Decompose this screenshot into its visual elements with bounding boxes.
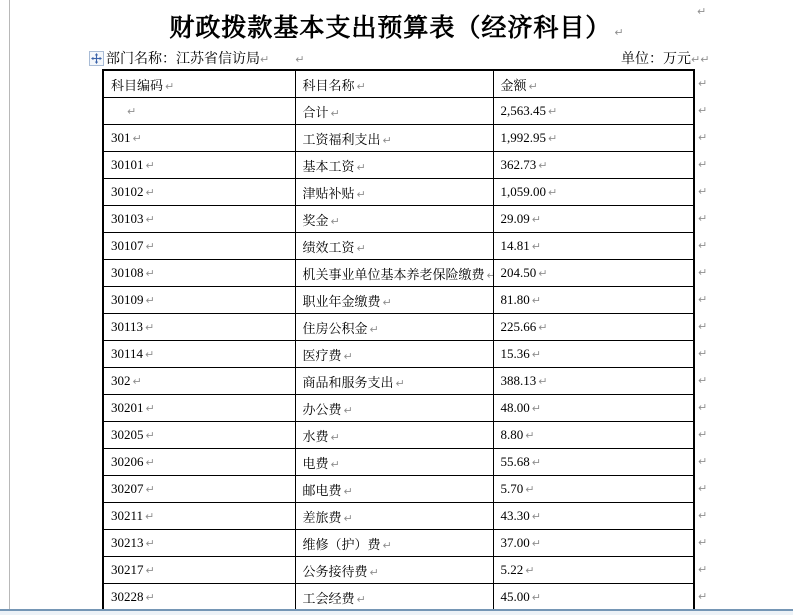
cell-name[interactable]: 住房公积金↵ (295, 314, 493, 341)
cell-name[interactable]: 办公费↵ (295, 395, 493, 422)
department-name-text: 部门名称：江苏省信访局 (106, 52, 260, 67)
table-row: 30102↵津贴补贴↵1,059.00↵ (103, 179, 694, 206)
cell-code[interactable]: 30228↵ (103, 584, 295, 612)
header-label: 金额 (501, 78, 527, 93)
cell-code[interactable]: 30205↵ (103, 422, 295, 449)
move-arrows-icon (91, 53, 102, 64)
paragraph-mark-icon: ↵ (165, 80, 174, 93)
paragraph-mark-icon: ↵ (357, 593, 366, 606)
cell-text: 30205 (111, 427, 144, 442)
cell-text: 1,992.95 (501, 130, 547, 145)
row-mark: ↵ (698, 421, 707, 448)
cell-text: 工会经费 (303, 591, 355, 606)
paragraph-mark-icon: ↵ (396, 377, 405, 390)
paragraph-mark-icon: ↵ (532, 294, 541, 307)
row-mark: ↵ (698, 394, 707, 421)
cell-text: 工资福利支出 (303, 132, 381, 147)
cell-text: 电费 (303, 456, 329, 471)
paragraph-mark-icon: ↵ (697, 5, 706, 18)
table-row: 30101↵基本工资↵362.73↵ (103, 152, 694, 179)
paragraph-mark-icon: ↵ (344, 512, 353, 525)
paragraph-mark-icon: ↵ (146, 591, 155, 604)
department-name-line: 部门名称：江苏省信访局↵↵ (106, 48, 304, 68)
paragraph-mark-icon: ↵ (698, 212, 707, 225)
row-mark: ↵ (698, 151, 707, 178)
header-cell-subject-name[interactable]: 科目名称↵ (295, 70, 493, 98)
paragraph-mark-icon: ↵ (698, 320, 707, 333)
paragraph-mark-icon: ↵ (370, 566, 379, 579)
paragraph-mark-icon: ↵ (538, 159, 547, 172)
paragraph-mark-icon: ↵ (698, 401, 707, 414)
cell-text: 住房公积金 (303, 321, 368, 336)
paragraph-mark-icon: ↵ (146, 402, 155, 415)
cell-text: 301 (111, 130, 131, 145)
paragraph-mark-icon: ↵ (698, 293, 707, 306)
cell-code[interactable]: 30101↵ (103, 152, 295, 179)
paragraph-mark-icon: ↵ (698, 131, 707, 144)
header-cell-subject-code[interactable]: 科目编码↵ (103, 70, 295, 98)
document-page: 财政拨款基本支出预算表（经济科目）↵ ↵ 部门名称：江苏省信访局↵↵ 单位：万元… (0, 0, 793, 615)
paragraph-mark-icon: ↵ (691, 53, 700, 66)
header-label: 科目编码 (111, 78, 163, 93)
paragraph-mark-icon: ↵ (146, 159, 155, 172)
row-mark: ↵ (698, 286, 707, 313)
row-mark: ↵ (698, 178, 707, 205)
paragraph-mark-icon: ↵ (260, 53, 269, 66)
paragraph-mark-icon: ↵ (344, 485, 353, 498)
paragraph-mark-icon: ↵ (698, 455, 707, 468)
table-row: 30201↵办公费↵48.00↵ (103, 395, 694, 422)
paragraph-mark-icon: ↵ (538, 321, 547, 334)
cell-text: 30207 (111, 481, 144, 496)
cell-text: 30113 (111, 319, 143, 334)
cell-code[interactable]: 30108↵ (103, 260, 295, 287)
cell-text: 30114 (111, 346, 143, 361)
paragraph-mark-icon: ↵ (698, 563, 707, 576)
cell-code[interactable]: 302↵ (103, 368, 295, 395)
table-row: 30228↵工会经费↵45.00↵ (103, 584, 694, 612)
paragraph-mark-icon: ↵ (698, 590, 707, 603)
cell-amount[interactable]: 48.00↵ (493, 395, 694, 422)
cell-code[interactable]: 30211↵ (103, 503, 295, 530)
window-bottom-fill (0, 611, 793, 615)
row-mark: ↵ (698, 232, 707, 259)
cell-code[interactable]: 30109↵ (103, 287, 295, 314)
table-row: 30217↵公务接待费↵5.22↵ (103, 557, 694, 584)
table-row: 30114↵医疗费↵15.36↵ (103, 341, 694, 368)
cell-amount[interactable]: 225.66↵ (493, 314, 694, 341)
cell-amount[interactable]: 43.30↵ (493, 503, 694, 530)
cell-amount[interactable]: 29.09↵ (493, 206, 694, 233)
paragraph-mark-icon: ↵ (146, 186, 155, 199)
cell-text: 差旅费 (303, 510, 342, 525)
cell-name[interactable]: 电费↵ (295, 449, 493, 476)
cell-text: 388.13 (501, 373, 537, 388)
paragraph-mark-icon: ↵ (357, 188, 366, 201)
paragraph-mark-icon: ↵ (532, 456, 541, 469)
page-left-edge (9, 0, 10, 610)
paragraph-mark-icon: ↵ (538, 267, 547, 280)
paragraph-mark-icon: ↵ (698, 185, 707, 198)
cell-code[interactable]: ↵ (103, 98, 295, 125)
cell-amount[interactable]: 14.81↵ (493, 233, 694, 260)
paragraph-mark-icon: ↵ (357, 80, 366, 93)
cell-code[interactable]: 30206↵ (103, 449, 295, 476)
paragraph-mark-icon: ↵ (698, 347, 707, 360)
cell-text: 30107 (111, 238, 144, 253)
end-of-row-marks: ↵↵↵↵↵↵↵↵↵↵↵↵↵↵↵↵↵↵↵↵ (698, 70, 707, 610)
cell-text: 55.68 (501, 454, 530, 469)
cell-code[interactable]: 30114↵ (103, 341, 295, 368)
paragraph-mark-icon: ↵ (548, 186, 557, 199)
paragraph-mark-icon: ↵ (698, 266, 707, 279)
cell-name[interactable]: 机关事业单位基本养老保险缴费↵ (295, 260, 493, 287)
cell-text: 水费 (303, 429, 329, 444)
cell-name[interactable]: 差旅费↵ (295, 503, 493, 530)
cell-amount[interactable]: 2,563.45↵ (493, 98, 694, 125)
paragraph-mark-icon: ↵ (357, 161, 366, 174)
table-row: 30213↵维修（护）费↵37.00↵ (103, 530, 694, 557)
cell-name[interactable]: 职业年金缴费↵ (295, 287, 493, 314)
cell-amount[interactable]: 45.00↵ (493, 584, 694, 612)
cell-text: 机关事业单位基本养老保险缴费 (303, 267, 485, 282)
paragraph-mark-icon: ↵ (295, 53, 304, 66)
paragraph-mark-icon: ↵ (146, 429, 155, 442)
table-row: 30107↵绩效工资↵14.81↵ (103, 233, 694, 260)
cell-text: 362.73 (501, 157, 537, 172)
cell-code[interactable]: 30102↵ (103, 179, 295, 206)
budget-table: 科目编码↵ 科目名称↵ 金额↵ ↵合计↵2,563.45↵301↵工资福利支出↵… (102, 69, 695, 612)
cell-text: 30206 (111, 454, 144, 469)
cell-code[interactable]: 30217↵ (103, 557, 295, 584)
cell-text: 30217 (111, 562, 144, 577)
cell-name[interactable]: 工资福利支出↵ (295, 125, 493, 152)
cell-text: 15.36 (501, 346, 530, 361)
table-row: 30113↵住房公积金↵225.66↵ (103, 314, 694, 341)
budget-table-body: ↵合计↵2,563.45↵301↵工资福利支出↵1,992.95↵30101↵基… (103, 98, 694, 612)
cell-code[interactable]: 301↵ (103, 125, 295, 152)
cell-name[interactable]: 基本工资↵ (295, 152, 493, 179)
table-row: 302↵商品和服务支出↵388.13↵ (103, 368, 694, 395)
paragraph-mark-icon: ↵ (525, 483, 534, 496)
row-mark: ↵ (698, 340, 707, 367)
cell-text: 81.80 (501, 292, 530, 307)
row-mark: ↵ (698, 259, 707, 286)
paragraph-mark-icon: ↵ (146, 564, 155, 577)
paragraph-mark-icon: ↵ (698, 374, 707, 387)
paragraph-mark-icon: ↵ (344, 350, 353, 363)
cell-text: 225.66 (501, 319, 537, 334)
paragraph-mark-icon: ↵ (133, 132, 142, 145)
cell-text: 30201 (111, 400, 144, 415)
paragraph-mark-icon: ↵ (698, 104, 707, 117)
paragraph-mark-icon: ↵ (525, 564, 534, 577)
paragraph-mark-icon: ↵ (145, 510, 154, 523)
paragraph-mark-icon: ↵ (532, 510, 541, 523)
paragraph-mark-icon: ↵ (532, 213, 541, 226)
cell-amount[interactable]: 5.70↵ (493, 476, 694, 503)
table-row: ↵合计↵2,563.45↵ (103, 98, 694, 125)
table-row: 30108↵机关事业单位基本养老保险缴费↵204.50↵ (103, 260, 694, 287)
paragraph-mark-icon: ↵ (370, 323, 379, 336)
paragraph-mark-icon: ↵ (146, 456, 155, 469)
cell-text: 204.50 (501, 265, 537, 280)
row-mark: ↵ (698, 367, 707, 394)
cell-text: 维修（护）费 (303, 537, 381, 552)
cell-name[interactable]: 邮电费↵ (295, 476, 493, 503)
title-row: 财政拨款基本支出预算表（经济科目）↵ (0, 8, 793, 44)
cell-text: 公务接待费 (303, 564, 368, 579)
paragraph-mark-icon: ↵ (145, 321, 154, 334)
cell-name[interactable]: 合计↵ (295, 98, 493, 125)
paragraph-mark-icon: ↵ (383, 539, 392, 552)
paragraph-mark-icon: ↵ (146, 213, 155, 226)
cell-text: 30211 (111, 508, 143, 523)
cell-text: 奖金 (303, 213, 329, 228)
paragraph-mark-icon: ↵ (698, 536, 707, 549)
cell-text: 30108 (111, 265, 144, 280)
paragraph-mark-icon: ↵ (145, 348, 154, 361)
cell-text: 邮电费 (303, 483, 342, 498)
paragraph-mark-icon: ↵ (532, 240, 541, 253)
paragraph-mark-icon: ↵ (331, 107, 340, 120)
cell-text: 商品和服务支出 (303, 375, 394, 390)
row-mark: ↵ (698, 448, 707, 475)
cell-text: 2,563.45 (501, 103, 547, 118)
table-row: 30206↵电费↵55.68↵ (103, 449, 694, 476)
table-row: 30205↵水费↵8.80↵ (103, 422, 694, 449)
row-mark: ↵ (698, 529, 707, 556)
paragraph-mark-icon: ↵ (146, 537, 155, 550)
paragraph-mark-icon: ↵ (548, 105, 557, 118)
cell-name[interactable]: 绩效工资↵ (295, 233, 493, 260)
paragraph-mark-icon: ↵ (532, 402, 541, 415)
paragraph-mark-icon: ↵ (113, 105, 136, 118)
cell-text: 基本工资 (303, 159, 355, 174)
cell-text: 津贴补贴 (303, 186, 355, 201)
cell-name[interactable]: 津贴补贴↵ (295, 179, 493, 206)
cell-text: 30103 (111, 211, 144, 226)
header-cell-amount[interactable]: 金额↵ (493, 70, 694, 98)
cell-text: 30109 (111, 292, 144, 307)
paragraph-mark-icon: ↵ (344, 404, 353, 417)
paragraph-mark-icon: ↵ (383, 134, 392, 147)
cell-amount[interactable]: 1,059.00↵ (493, 179, 694, 206)
row-mark: ↵ (698, 556, 707, 583)
cell-amount[interactable]: 362.73↵ (493, 152, 694, 179)
cell-text: 43.30 (501, 508, 530, 523)
cell-amount[interactable]: 5.22↵ (493, 557, 694, 584)
cell-text: 30228 (111, 589, 144, 604)
cell-amount[interactable]: 37.00↵ (493, 530, 694, 557)
cell-code[interactable]: 30103↵ (103, 206, 295, 233)
cell-code[interactable]: 30113↵ (103, 314, 295, 341)
cell-name[interactable]: 医疗费↵ (295, 341, 493, 368)
row-mark: ↵ (698, 313, 707, 340)
cell-amount[interactable]: 81.80↵ (493, 287, 694, 314)
page-title: 财政拨款基本支出预算表（经济科目） (169, 15, 611, 42)
cell-code[interactable]: 30207↵ (103, 476, 295, 503)
unit-line: 单位：万元↵↵ (621, 48, 709, 68)
cell-code[interactable]: 30107↵ (103, 233, 295, 260)
cell-text: 30213 (111, 535, 144, 550)
cell-text: 14.81 (501, 238, 530, 253)
cell-text: 8.80 (501, 427, 524, 442)
paragraph-mark-icon: ↵ (487, 269, 493, 282)
cell-name[interactable]: 公务接待费↵ (295, 557, 493, 584)
cell-name[interactable]: 水费↵ (295, 422, 493, 449)
cell-name[interactable]: 奖金↵ (295, 206, 493, 233)
paragraph-mark-icon: ↵ (700, 53, 709, 66)
paragraph-mark-icon: ↵ (529, 80, 538, 93)
cell-amount[interactable]: 204.50↵ (493, 260, 694, 287)
cell-text: 医疗费 (303, 348, 342, 363)
paragraph-mark-icon: ↵ (548, 132, 557, 145)
cell-text: 30101 (111, 157, 144, 172)
cell-text: 302 (111, 373, 131, 388)
cell-code[interactable]: 30213↵ (103, 530, 295, 557)
cell-text: 合计 (303, 105, 329, 120)
cell-name[interactable]: 工会经费↵ (295, 584, 493, 612)
table-row: 30103↵奖金↵29.09↵ (103, 206, 694, 233)
cell-code[interactable]: 30201↵ (103, 395, 295, 422)
row-mark: ↵ (698, 124, 707, 151)
cell-amount[interactable]: 1,992.95↵ (493, 125, 694, 152)
cell-name[interactable]: 维修（护）费↵ (295, 530, 493, 557)
row-mark: ↵ (698, 70, 707, 97)
cell-text: 48.00 (501, 400, 530, 415)
table-move-handle[interactable] (89, 51, 104, 66)
cell-amount[interactable]: 15.36↵ (493, 341, 694, 368)
paragraph-mark-icon: ↵ (532, 591, 541, 604)
paragraph-mark-icon: ↵ (532, 537, 541, 550)
paragraph-mark-icon: ↵ (331, 458, 340, 471)
row-mark: ↵ (698, 502, 707, 529)
table-row: 301↵工资福利支出↵1,992.95↵ (103, 125, 694, 152)
cell-name[interactable]: 商品和服务支出↵ (295, 368, 493, 395)
row-mark: ↵ (698, 205, 707, 232)
cell-amount[interactable]: 55.68↵ (493, 449, 694, 476)
table-row: 30211↵差旅费↵43.30↵ (103, 503, 694, 530)
cell-text: 29.09 (501, 211, 530, 226)
cell-text: 5.22 (501, 562, 524, 577)
cell-text: 5.70 (501, 481, 524, 496)
paragraph-mark-icon: ↵ (383, 296, 392, 309)
cell-text: 1,059.00 (501, 184, 547, 199)
paragraph-mark-icon: ↵ (698, 482, 707, 495)
paragraph-mark-icon: ↵ (538, 375, 547, 388)
paragraph-mark-icon: ↵ (698, 509, 707, 522)
paragraph-mark-icon: ↵ (532, 348, 541, 361)
paragraph-mark-icon: ↵ (146, 240, 155, 253)
paragraph-mark-icon: ↵ (698, 158, 707, 171)
row-mark: ↵ (698, 475, 707, 502)
cell-amount[interactable]: 388.13↵ (493, 368, 694, 395)
table-header-row: 科目编码↵ 科目名称↵ 金额↵ (103, 70, 694, 98)
row-mark: ↵ (698, 97, 707, 124)
paragraph-mark-icon: ↵ (698, 239, 707, 252)
paragraph-mark-icon: ↵ (331, 215, 340, 228)
cell-text: 绩效工资 (303, 240, 355, 255)
cell-text: 职业年金缴费 (303, 294, 381, 309)
paragraph-mark-icon: ↵ (525, 429, 534, 442)
table-row: 30109↵职业年金缴费↵81.80↵ (103, 287, 694, 314)
cell-text: 45.00 (501, 589, 530, 604)
paragraph-mark-icon: ↵ (133, 375, 142, 388)
paragraph-mark-icon: ↵ (357, 242, 366, 255)
paragraph-mark-icon: ↵ (331, 431, 340, 444)
unit-text: 单位：万元 (621, 52, 691, 67)
paragraph-mark-icon: ↵ (146, 294, 155, 307)
paragraph-mark-icon: ↵ (146, 483, 155, 496)
row-mark: ↵ (698, 583, 707, 610)
cell-amount[interactable]: 8.80↵ (493, 422, 694, 449)
paragraph-mark-icon: ↵ (146, 267, 155, 280)
cell-text: 30102 (111, 184, 144, 199)
cell-text: 办公费 (303, 402, 342, 417)
paragraph-mark-icon: ↵ (614, 26, 623, 39)
paragraph-mark-icon: ↵ (698, 77, 707, 90)
cell-text: 37.00 (501, 535, 530, 550)
table-row: 30207↵邮电费↵5.70↵ (103, 476, 694, 503)
paragraph-mark-icon: ↵ (698, 428, 707, 441)
header-label: 科目名称 (303, 78, 355, 93)
